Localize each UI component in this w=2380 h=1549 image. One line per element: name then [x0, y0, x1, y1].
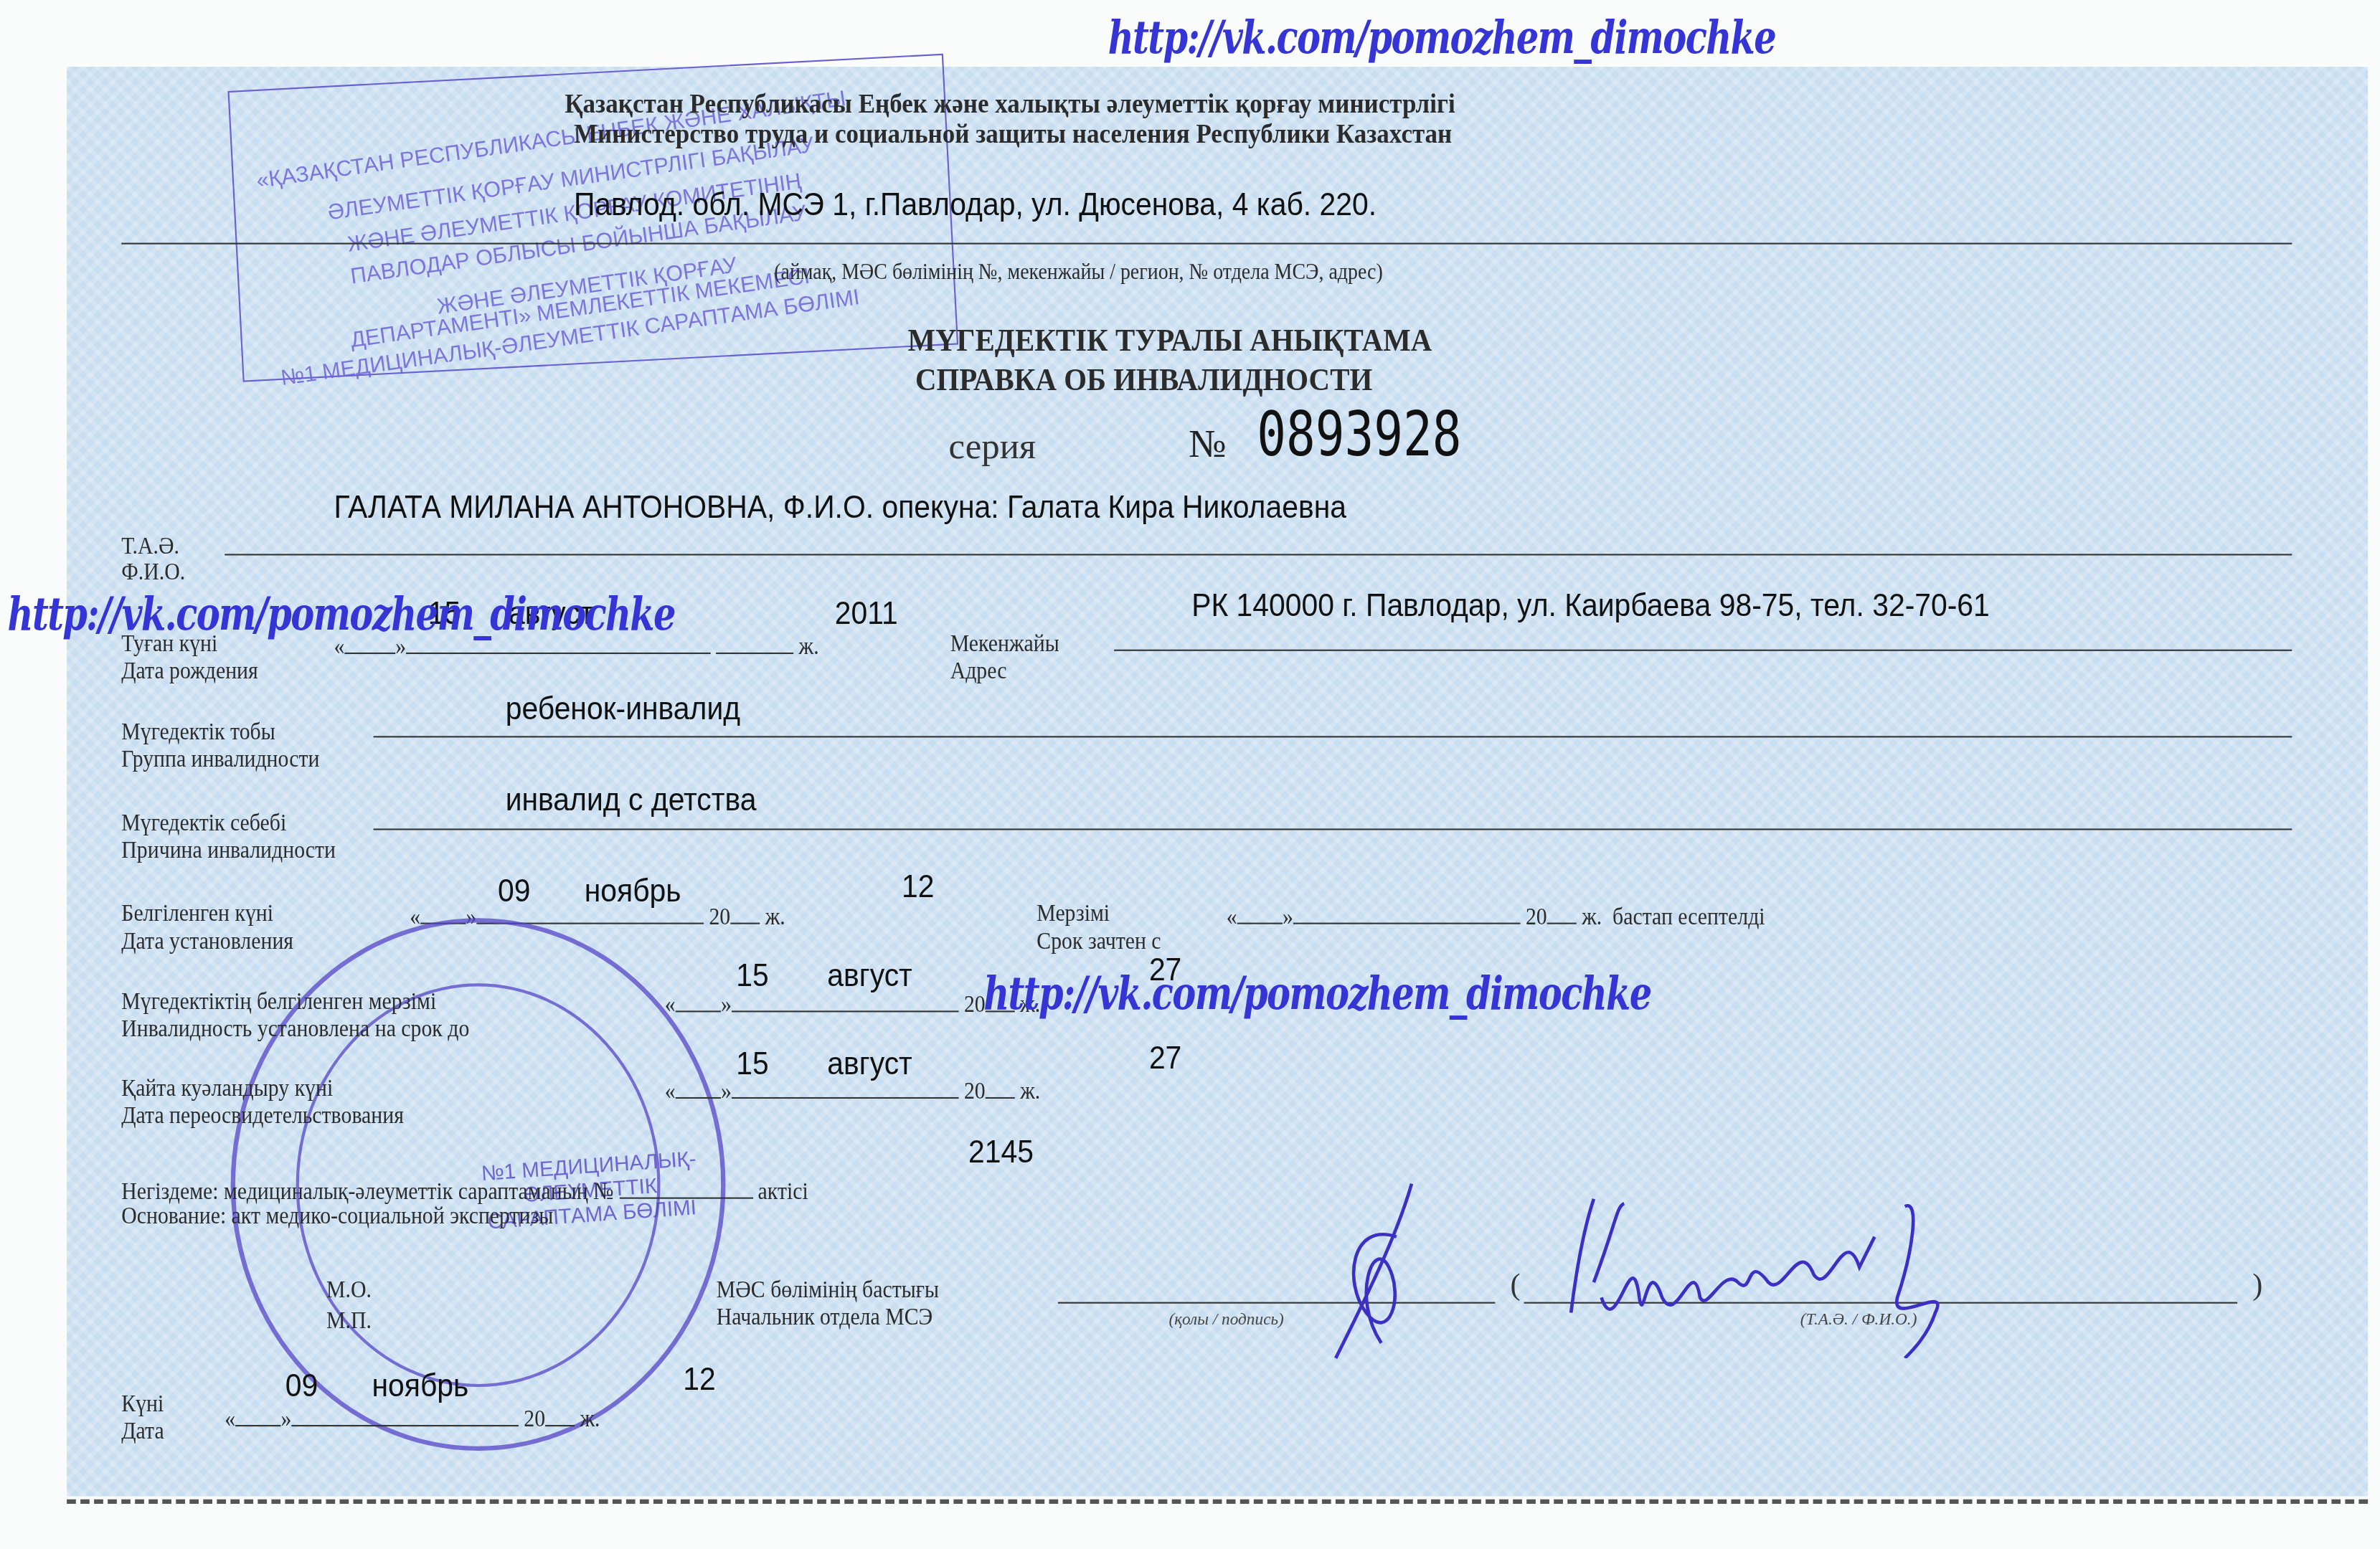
head-label-kz: МӘС бөлімінің бастығы [717, 1278, 939, 1304]
basis-label-ru: Основание: акт медико-социальной эксперт… [121, 1203, 553, 1229]
address-label-ru: Адрес [950, 658, 1007, 684]
handwritten-name-icon [1556, 1191, 2041, 1358]
group-value: ребенок-инвалид [506, 692, 740, 729]
date-year: 12 [683, 1363, 715, 1399]
birth-label-ru: Дата рождения [121, 658, 258, 684]
head-label-ru: Начальник отдела МСЭ [717, 1305, 932, 1331]
date-label-kz: Күні [121, 1391, 164, 1417]
term-blanks: «» 20 ж. бастап есептелді [1227, 901, 1765, 930]
group-label-kz: Мүгедектік тобы [121, 719, 275, 745]
date-label-ru: Дата [121, 1419, 164, 1445]
certificate-number: 0893928 [1257, 401, 1461, 470]
name-open-paren: ( [1511, 1269, 1521, 1304]
signature-caption: (қолы / подпись) [1168, 1311, 1283, 1329]
cause-value: инвалид с детства [506, 783, 757, 820]
document-scan: «ҚАЗАҚСТАН РЕСПУБЛИКАСЫ ЕҢБЕК ЖӘНЕ ХАЛЫҚ… [0, 0, 2380, 1549]
cause-line [374, 828, 2292, 830]
established-label-kz: Белгіленген күні [121, 901, 273, 927]
fio-label-kz: Т.А.Ә. [121, 534, 179, 560]
name-close-paren: ) [2252, 1269, 2262, 1304]
group-label-ru: Группа инвалидности [121, 747, 319, 772]
signature-icon [1305, 1176, 1473, 1373]
perforation-line [67, 1500, 2368, 1504]
term-label-ru: Срок зачтен с [1036, 929, 1161, 954]
reexam-blanks: «» 20 ж. [665, 1076, 1040, 1104]
term-label-kz: Мерзімі [1036, 901, 1110, 927]
ministry-ru: Министерство труда и социальной защиты н… [574, 118, 1452, 150]
fio-value: ГАЛАТА МИЛАНА АНТОНОВНА, Ф.И.О. опекуна:… [334, 491, 1346, 527]
title-ru: СПРАВКА ОБ ИНВАЛИДНОСТИ [915, 361, 1372, 399]
fio-line [225, 554, 2292, 555]
established-year: 12 [902, 870, 934, 906]
ministry-kz: Қазақстан Республикасы Еңбек және халықт… [565, 88, 1455, 120]
reexam-year: 27 [1149, 1041, 1181, 1078]
watermark-text: http://vk.com/pomozhem_dimochke [8, 589, 675, 642]
series-label: серия [949, 428, 1036, 469]
birth-year: 2011 [835, 597, 898, 633]
date-day: 09 [285, 1369, 318, 1406]
date-blanks: «» 20 ж. [225, 1403, 600, 1432]
established-label-ru: Дата установления [121, 929, 293, 954]
valid-label-ru: Инвалидность установлена на срок до [121, 1017, 469, 1043]
valid-label-kz: Мүгедектіктің белгіленген мерзімі [121, 990, 436, 1015]
address-label-kz: Мекенжайы [950, 631, 1059, 657]
mp-kz: М.О. [326, 1278, 372, 1304]
mp-ru: М.П. [326, 1308, 372, 1334]
group-line [374, 736, 2292, 737]
title-kz: МҮГЕДЕКТІК ТУРАЛЫ АНЫҚТАМА [907, 322, 1432, 360]
cause-label-kz: Мүгедектік себебі [121, 810, 286, 836]
reexam-label-kz: Қайта куәландыру күні [121, 1076, 333, 1102]
office-address-value: Павлод. обл. МСЭ 1, г.Павлодар, ул. Дюсе… [574, 188, 1376, 224]
watermark-text: http://vk.com/pomozhem_dimochke [1108, 12, 1775, 65]
date-month: ноябрь [372, 1369, 468, 1406]
fio-label-ru: Ф.И.О. [121, 560, 185, 586]
basis-value: 2145 [968, 1135, 1034, 1172]
watermark-text: http://vk.com/pomozhem_dimochke [983, 968, 1651, 1021]
cause-label-ru: Причина инвалидности [121, 838, 336, 863]
office-caption: (аймақ, МӘС бөлімінің №, мекенжайы / рег… [774, 261, 1383, 287]
reexam-label-ru: Дата переосвидетельствования [121, 1103, 404, 1129]
number-sign: № [1189, 422, 1227, 467]
address-line [1114, 650, 2292, 651]
office-line [121, 243, 2292, 245]
address-value: РК 140000 г. Павлодар, ул. Каирбаева 98-… [1191, 589, 1990, 625]
basis-label-kz: Негіздеме: медициналық-әлеуметтік сарапт… [121, 1176, 808, 1205]
